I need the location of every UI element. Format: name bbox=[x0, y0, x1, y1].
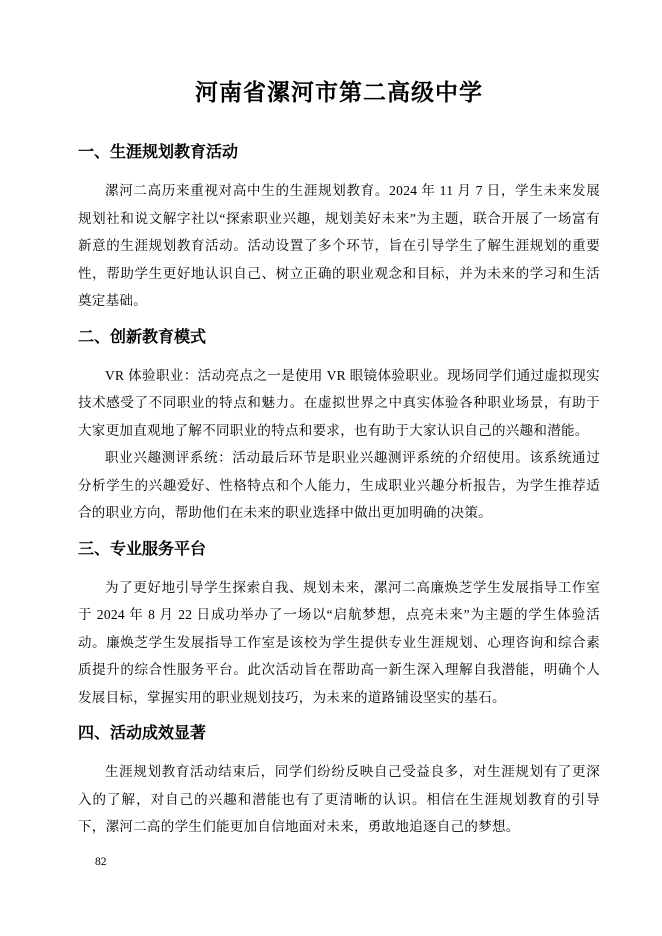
section-heading: 三、专业服务平台 bbox=[78, 539, 600, 561]
page-number: 82 bbox=[95, 855, 107, 869]
body-paragraph: VR 体验职业：活动亮点之一是使用 VR 眼镜体验职业。现场同学们通过虚拟现实技… bbox=[78, 362, 600, 445]
body-paragraph: 职业兴趣测评系统：活动最后环节是职业兴趣测评系统的介绍使用。该系统通过分析学生的… bbox=[78, 444, 600, 527]
body-paragraph: 为了更好地引导学生探索自我、规划未来，漯河二高廉焕芝学生发展指导工作室于 202… bbox=[78, 574, 600, 712]
document-section: 二、创新教育模式 VR 体验职业：活动亮点之一是使用 VR 眼镜体验职业。现场同… bbox=[78, 327, 600, 527]
document-body: 一、生涯规划教育活动 漯河二高历来重视对高中生的生涯规划教育。2024 年 11… bbox=[78, 108, 600, 841]
document-page: 河南省漯河市第二高级中学 一、生涯规划教育活动 漯河二高历来重视对高中生的生涯规… bbox=[0, 0, 662, 936]
section-heading: 一、生涯规划教育活动 bbox=[78, 142, 600, 164]
document-section: 四、活动成效显著 生涯规划教育活动结束后，同学们纷纷反映自己受益良多，对生涯规划… bbox=[78, 723, 600, 841]
section-heading: 四、活动成效显著 bbox=[78, 723, 600, 745]
document-content: 河南省漯河市第二高级中学 一、生涯规划教育活动 漯河二高历来重视对高中生的生涯规… bbox=[78, 0, 600, 841]
body-paragraph: 生涯规划教育活动结束后，同学们纷纷反映自己受益良多，对生涯规划有了更深入的了解，… bbox=[78, 758, 600, 841]
document-title: 河南省漯河市第二高级中学 bbox=[78, 0, 600, 108]
document-section: 一、生涯规划教育活动 漯河二高历来重视对高中生的生涯规划教育。2024 年 11… bbox=[78, 142, 600, 315]
section-heading: 二、创新教育模式 bbox=[78, 327, 600, 349]
document-section: 三、专业服务平台 为了更好地引导学生探索自我、规划未来，漯河二高廉焕芝学生发展指… bbox=[78, 539, 600, 712]
body-paragraph: 漯河二高历来重视对高中生的生涯规划教育。2024 年 11 月 7 日，学生未来… bbox=[78, 177, 600, 315]
